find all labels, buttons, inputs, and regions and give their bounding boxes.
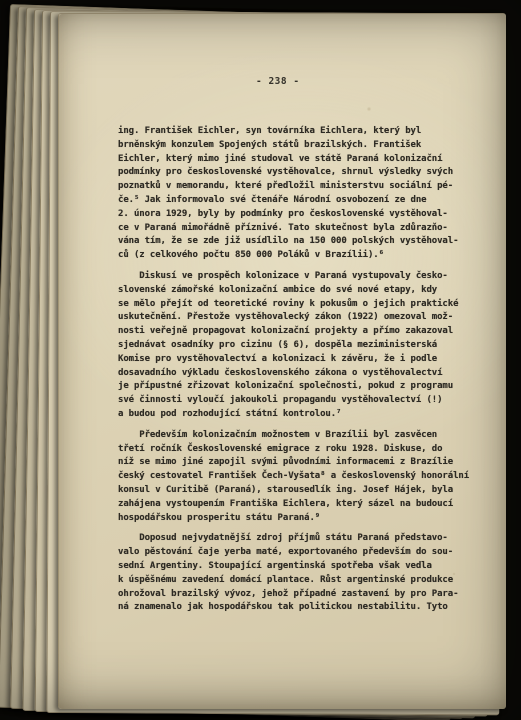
text-line: hospodářskou prosperitu státu Paraná.⁹ xyxy=(118,512,478,526)
book-scan: - 238 - ing. František Eichler, syn tová… xyxy=(0,0,521,720)
text-line: vána tím, že se zde již usídlilo na 150 … xyxy=(118,235,478,249)
text-line: nosti veřejně propagovat kolonizační pro… xyxy=(118,325,478,339)
text-line: slovenské zámořské kolonizační ambice do… xyxy=(118,284,478,298)
text-line: Diskusí ve prospěch kolonizace v Paraná … xyxy=(118,270,478,284)
text-line: níž se mimo jiné zapojil svými původními… xyxy=(118,456,478,470)
text-line: třetí ročník Československé emigrace z r… xyxy=(118,443,478,457)
book-page: - 238 - ing. František Eichler, syn tová… xyxy=(58,13,506,709)
paragraph: Diskusí ve prospěch kolonizace v Paraná … xyxy=(118,270,478,422)
text-line: ná znamenalo jak hospodářskou tak politi… xyxy=(118,601,478,615)
text-line: poznatků v memorandu, které předložil mi… xyxy=(118,180,478,194)
text-line: če.⁵ Jak informovalo své čtenáře Národní… xyxy=(118,194,478,208)
text-line: Eichler, který mimo jiné studoval ve stá… xyxy=(118,153,478,167)
text-line: své činnosti vyloučí jakoukoli propagand… xyxy=(118,394,478,408)
text-line: uskutečnění. Přestože vystěhovalecký zák… xyxy=(118,311,478,325)
text-line: podmínky pro československé vystěhovalce… xyxy=(118,166,478,180)
text-line: k úspěšnému zavedení domácí plantace. Rů… xyxy=(118,574,478,588)
text-line: Především kolonizačním možnostem v Brazí… xyxy=(118,429,478,443)
text-line: sjednávat osadníky pro cizinu (§ 6), dos… xyxy=(118,339,478,353)
text-line: Doposud nejvydatnější zdroj příjmů státu… xyxy=(118,532,478,546)
paragraph: Především kolonizačním možnostem v Brazí… xyxy=(118,429,478,526)
text-line: a budou pod rozhodující státní kontrolou… xyxy=(118,408,478,422)
text-line: Komise pro vystěhovalectví a kolonizaci … xyxy=(118,353,478,367)
text-line: je přípustné zřizovat kolonizační společ… xyxy=(118,380,478,394)
text-line: sední Argentiny. Stoupající argentinská … xyxy=(118,560,478,574)
text-line: ohrožoval brazilský vývoz, jehož případn… xyxy=(118,588,478,602)
text-line: zahájena vystoupením Františka Eichlera,… xyxy=(118,498,478,512)
text-line: ce v Paraná mimořádně příznivé. Tato sku… xyxy=(118,222,478,236)
paragraph: ing. František Eichler, syn továrníka Ei… xyxy=(118,125,478,263)
text-line: brněnským konzulem Spojených států brazi… xyxy=(118,139,478,153)
text-block: ing. František Eichler, syn továrníka Ei… xyxy=(118,125,478,615)
text-line: ing. František Eichler, syn továrníka Ei… xyxy=(118,125,478,139)
text-line: valo pěstování čaje yerba maté, exportov… xyxy=(118,546,478,560)
page-number: - 238 - xyxy=(256,76,300,87)
text-line: 2. února 1929, byly by podmínky pro česk… xyxy=(118,208,478,222)
text-line: dosavadního výkladu československého zák… xyxy=(118,367,478,381)
text-line: se mělo přejít od teoretické roviny k po… xyxy=(118,298,478,312)
text-line: český cestovatel František Čech-Vyšata⁸ … xyxy=(118,470,478,484)
text-line: konsul v Curitibě (Paraná), starousedlík… xyxy=(118,484,478,498)
text-line: ců (z celkového počtu 850 000 Poláků v B… xyxy=(118,249,478,263)
paragraph: Doposud nejvydatnější zdroj příjmů státu… xyxy=(118,532,478,615)
